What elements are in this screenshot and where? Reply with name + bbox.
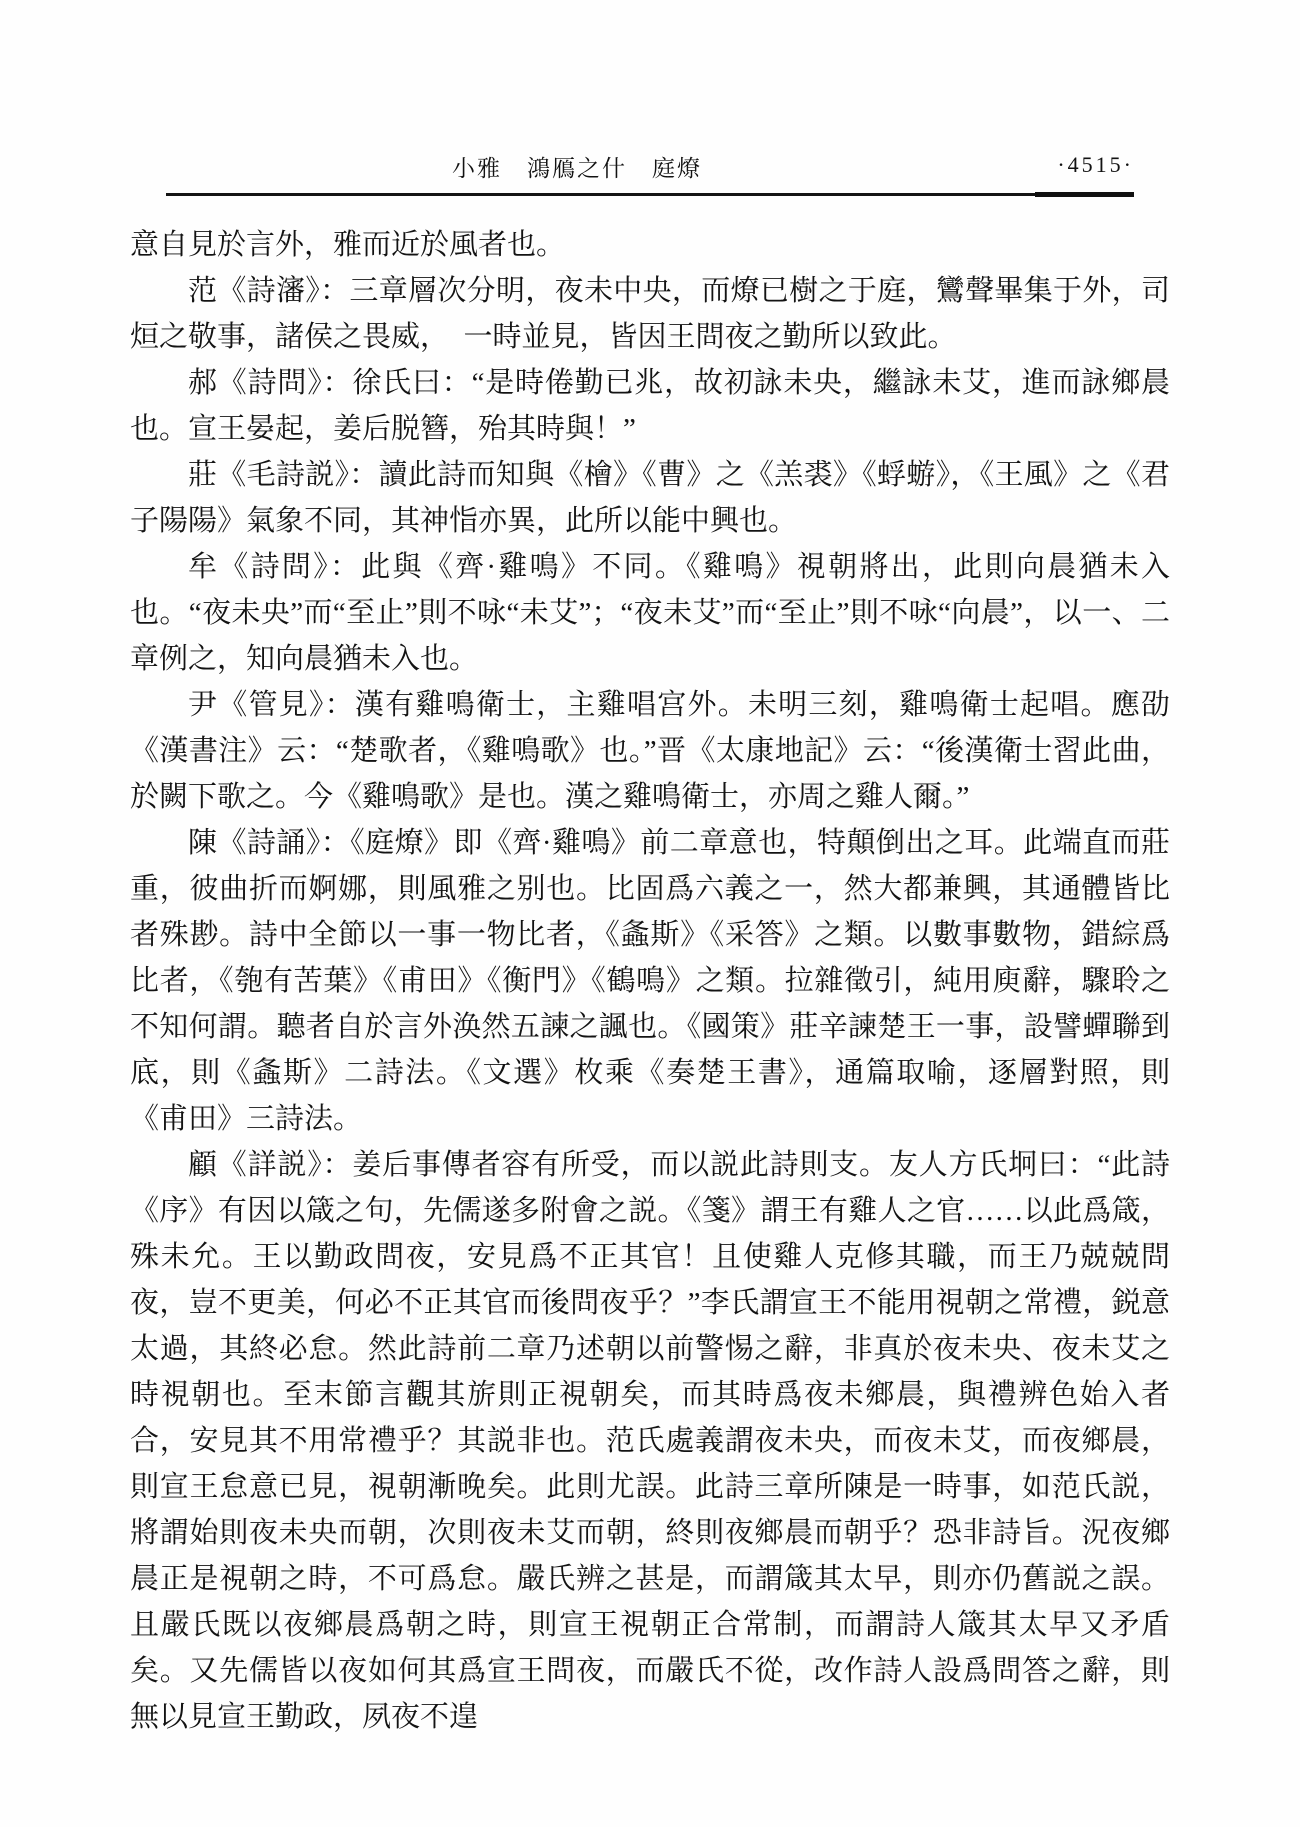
paragraph: 尹《管見》：漢有雞鳴衛士，主雞唱宫外。未明三刻，雞鳴衛士起唱。應劭《漢書注》云：…: [130, 682, 1170, 820]
section-title: 小雅 鴻鴈之什 庭燎: [452, 150, 702, 183]
header-divider-rule-heavy-segment: [1035, 192, 1134, 197]
paragraph: 范《詩瀋》：三章層次分明，夜未中央，而燎已樹之于庭，鸞聲畢集于外，司烜之敬事，諸…: [130, 268, 1170, 360]
body-text: 意自見於言外，雅而近於風者也。范《詩瀋》：三章層次分明，夜未中央，而燎已樹之于庭…: [130, 222, 1170, 1740]
page-number: ·4515·: [1057, 152, 1134, 178]
paragraph: 陳《詩誦》：《庭燎》即《齊·雞鳴》前二章意也，特顛倒出之耳。此端直而莊重，彼曲折…: [130, 820, 1170, 1142]
paragraph: 顧《詳説》：姜后事傳者容有所受，而以説此詩則支。友人方氏坰曰：“此詩《序》有因以…: [130, 1142, 1170, 1740]
paragraph: 郝《詩問》：徐氏曰：“是時倦勤已兆，故初詠未央，繼詠未艾，進而詠鄉晨也。宣王晏起…: [130, 360, 1170, 452]
running-head: 小雅 鴻鴈之什 庭燎 ·4515·: [130, 150, 1170, 180]
scanned-book-page: 小雅 鴻鴈之什 庭燎 ·4515· 意自見於言外，雅而近於風者也。范《詩瀋》：三…: [0, 0, 1300, 1827]
paragraph: 牟《詩問》：此與《齊·雞鳴》不同。《雞鳴》視朝將出，此則向晨猶未入也。“夜未央”…: [130, 544, 1170, 682]
header-divider-rule: [166, 193, 1134, 196]
paragraph: 莊《毛詩説》：讀此詩而知與《檜》《曹》之《羔裘》《蜉蝣》，《王風》之《君子陽陽》…: [130, 452, 1170, 544]
paragraph: 意自見於言外，雅而近於風者也。: [130, 222, 1170, 268]
